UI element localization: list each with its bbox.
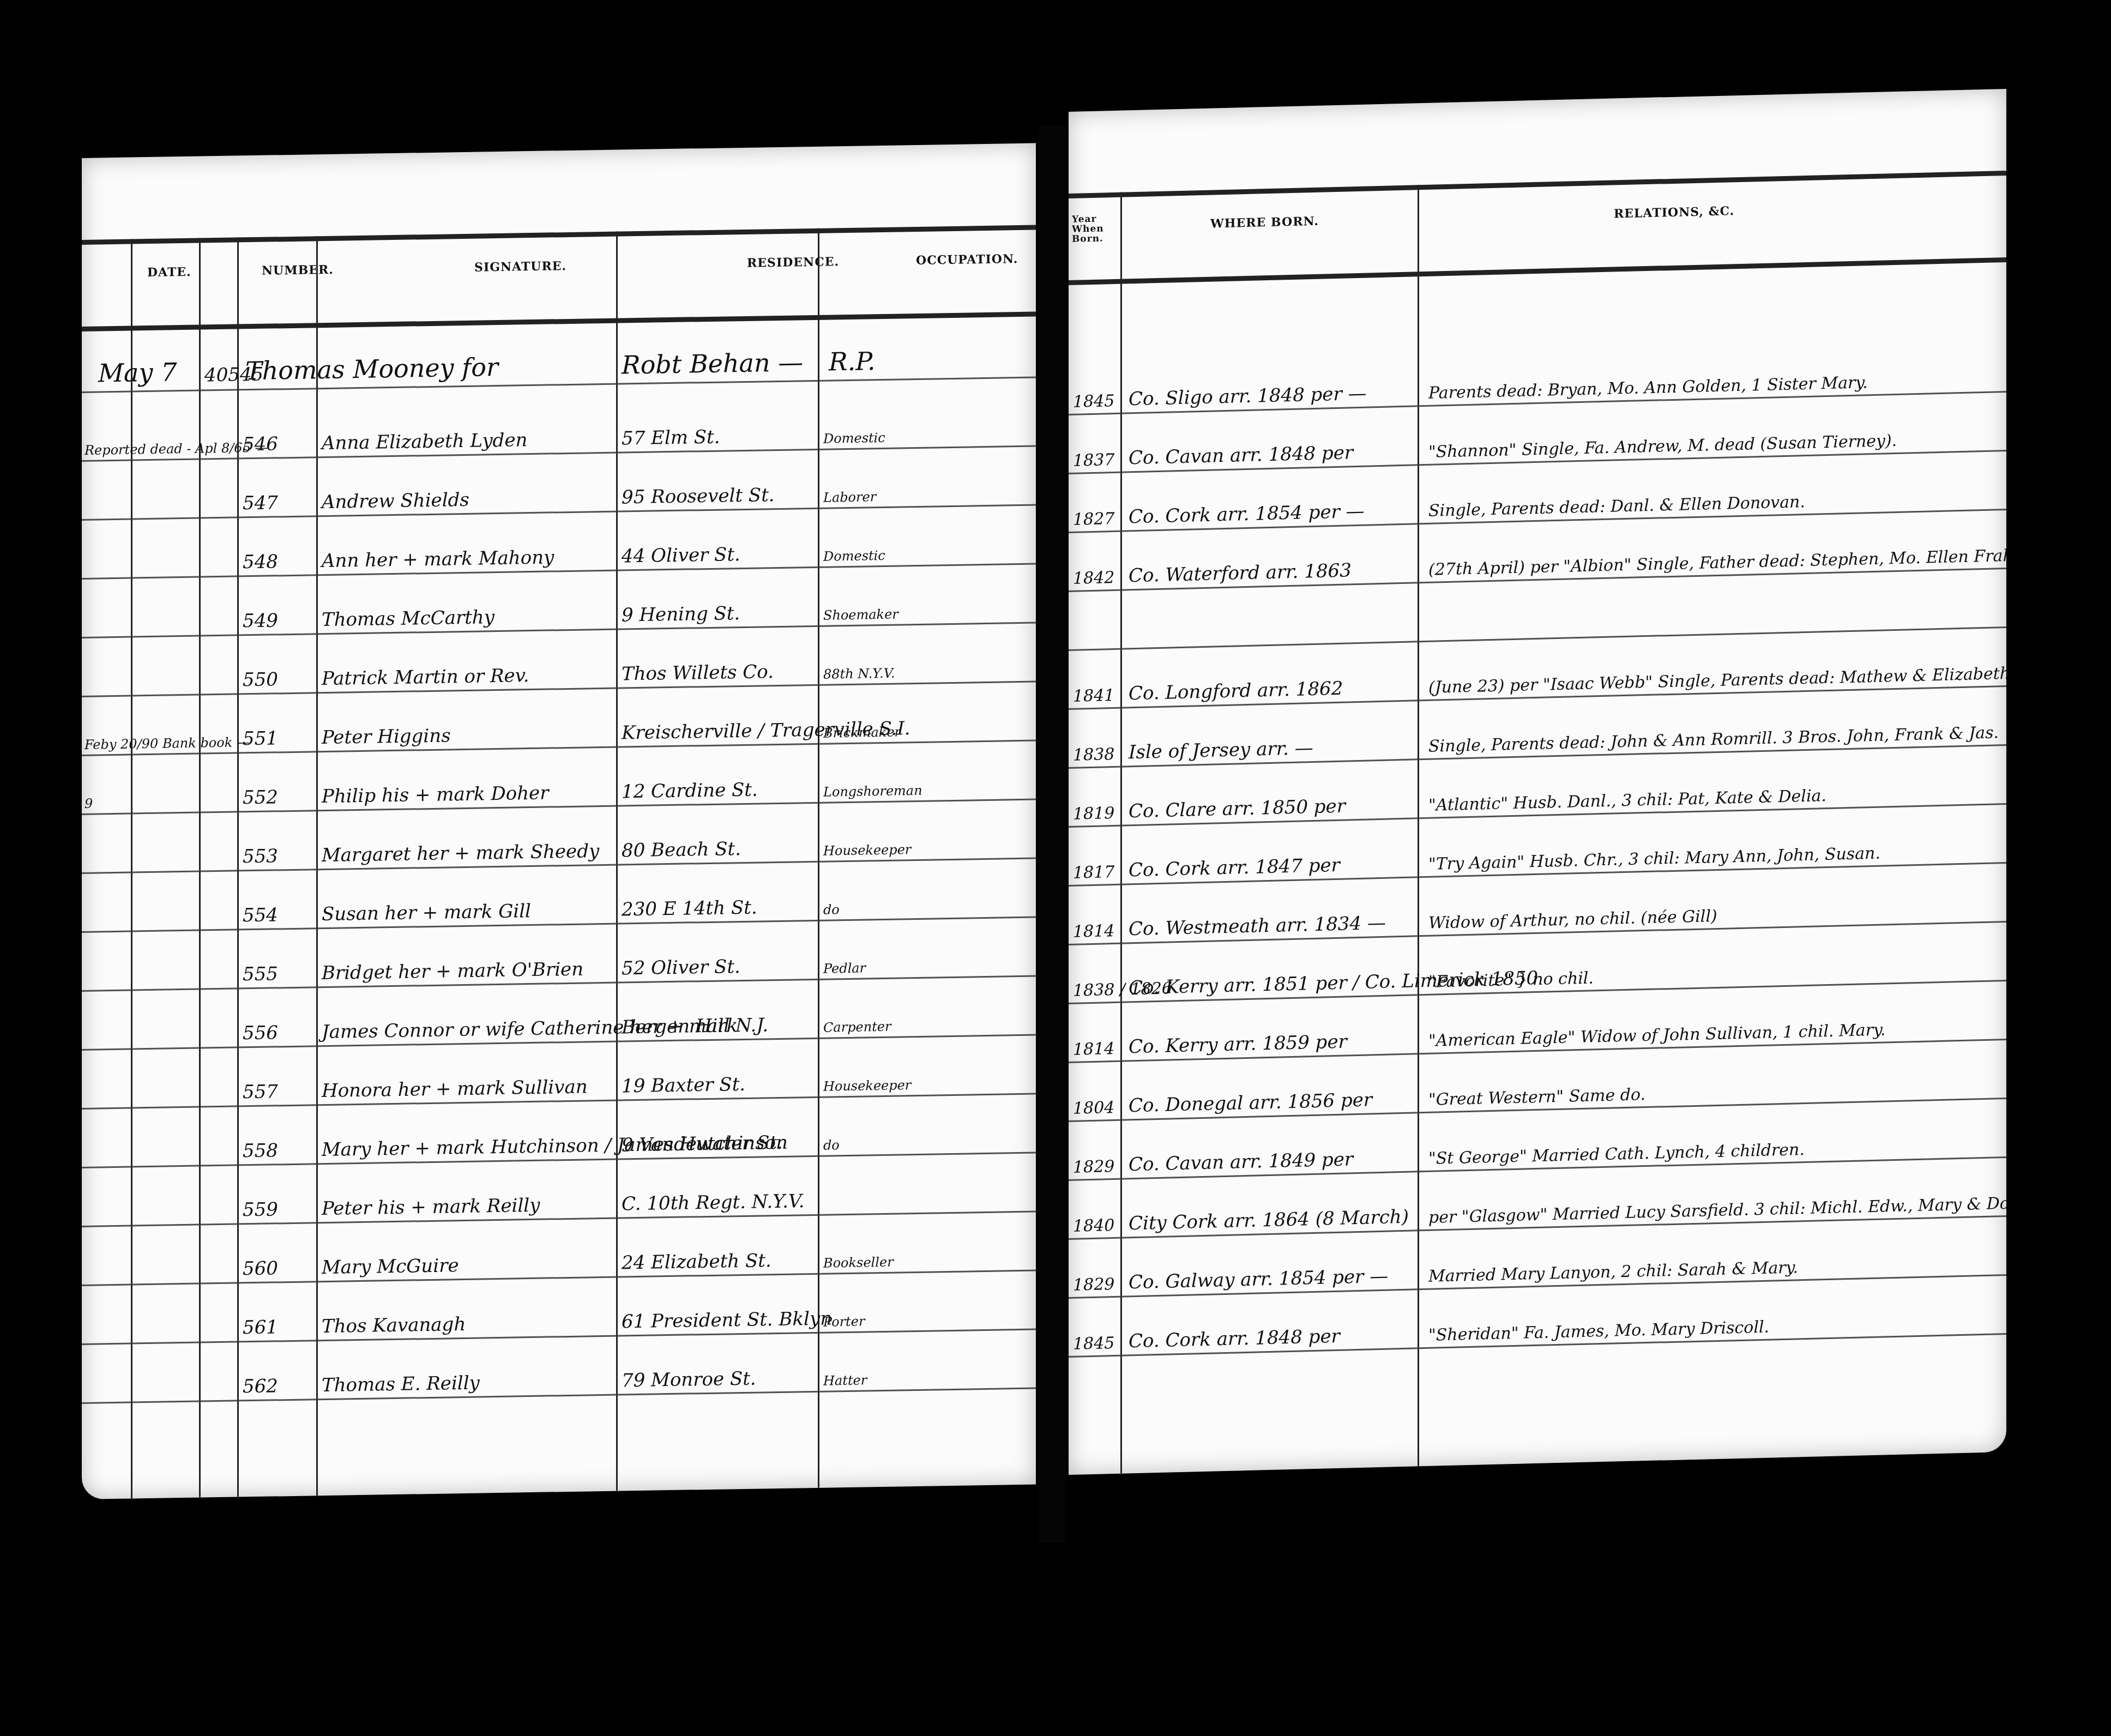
entry-occupation: do: [823, 1137, 840, 1153]
header-signature: SIGNATURE.: [474, 259, 566, 275]
entry-residence: Bergen Hill N.J.: [622, 1014, 768, 1038]
entry-occupation: Laborer: [823, 489, 876, 505]
entry-year-born: 1837: [1073, 450, 1114, 471]
entry-occupation: do: [823, 902, 840, 917]
margin-note: Reported dead - Apl 8/65 —: [85, 440, 268, 458]
entry-year-born: 1827: [1073, 509, 1114, 529]
right-header-band: Year When Born. WHERE BORN. RELATIONS, &…: [1069, 171, 2006, 285]
right-ledger-page: Year When Born. WHERE BORN. RELATIONS, &…: [1069, 89, 2006, 1475]
header-occupation: OCCUPATION.: [916, 252, 1018, 268]
entry-number: 562: [243, 1375, 278, 1397]
entry-year-born: 1845: [1073, 391, 1114, 412]
entry-residence: 9 Vandewater St.: [622, 1132, 783, 1156]
entry-where-born: Co. Longford arr. 1862: [1129, 678, 1343, 705]
entry-occupation: Domestic: [823, 430, 885, 447]
entry-signature: Margaret her + mark Sheedy: [322, 840, 599, 866]
entry-relations: "Great Western" Same do.: [1428, 1085, 1645, 1110]
entry-signature: Peter Higgins: [322, 725, 451, 749]
entry-signature: Thos Kavanagh: [322, 1313, 466, 1337]
entry-occupation: Pedlar: [823, 960, 866, 976]
entry-where-born: Co. Waterford arr. 1863: [1129, 559, 1352, 587]
entry-residence: 9 Hening St.: [622, 602, 740, 626]
entry-residence: 19 Baxter St.: [622, 1074, 745, 1098]
entry-signature: Thomas E. Reilly: [322, 1372, 480, 1397]
entry-signature: Bridget her + mark O'Brien: [322, 959, 583, 985]
left-header-band: DATE. NUMBER. SIGNATURE. RESIDENCE. OCCU…: [82, 225, 1036, 331]
entry-number: 554: [243, 904, 278, 926]
left-ledger-page: DATE. NUMBER. SIGNATURE. RESIDENCE. OCCU…: [82, 143, 1036, 1499]
entry-number: 560: [243, 1257, 278, 1280]
entry-occupation: Domestic: [823, 548, 885, 564]
header-year-born: Year When Born.: [1072, 214, 1110, 244]
entry-where-born: Co. Cork arr. 1854 per —: [1129, 501, 1365, 528]
entry-number: 548: [243, 551, 278, 573]
entry-residence: Thos Willets Co.: [622, 661, 774, 685]
entry-occupation: Housekeeper: [823, 842, 911, 859]
entry-where-born: Co. Sligo arr. 1848 per —: [1129, 383, 1367, 411]
entry-signature: Ann her + mark Mahony: [322, 546, 554, 572]
entry-residence: Robt Behan —: [622, 347, 803, 379]
entry-number: 552: [243, 786, 278, 809]
entry-year-born: 1819: [1073, 804, 1114, 824]
header-where-born: WHERE BORN.: [1210, 214, 1319, 231]
entry-signature: Susan her + mark Gill: [322, 900, 531, 925]
entry-where-born: Co. Donegal arr. 1856 per: [1129, 1089, 1372, 1117]
entry-residence: 12 Cardine St.: [622, 779, 758, 803]
entry-year-born: 1804: [1073, 1098, 1114, 1118]
entry-occupation: Hatter: [823, 1372, 867, 1388]
entry-number: 555: [243, 963, 278, 985]
entry-year-born: 1842: [1073, 568, 1114, 588]
entry-year-born: 1817: [1073, 863, 1114, 883]
entry-occupation: Porter: [823, 1313, 865, 1329]
entry-year-born: 1814: [1073, 1039, 1114, 1059]
header-residence: RESIDENCE.: [747, 255, 839, 270]
entry-residence: 61 President St. Bklyn: [622, 1307, 832, 1333]
entry-number: 558: [243, 1140, 278, 1162]
entry-year-born: 1840: [1073, 1216, 1114, 1236]
entry-where-born: Co. Kerry arr. 1859 per: [1129, 1031, 1347, 1058]
entry-date: May 7: [98, 357, 177, 388]
entry-number: 559: [243, 1198, 278, 1221]
entry-residence: 80 Beach St.: [622, 838, 741, 861]
entry-where-born: Co. Clare arr. 1850 per: [1129, 795, 1346, 823]
left-entries: May 740545Thomas Mooney forRobt Behan —R…: [82, 143, 1036, 158]
entry-occupation: Bookseller: [823, 1255, 894, 1271]
entry-residence: 44 Oliver St.: [622, 544, 740, 567]
margin-note: 9: [85, 796, 93, 811]
entry-number: 556: [243, 1022, 278, 1044]
entry-where-born: Co. Westmeath arr. 1834 —: [1129, 912, 1386, 941]
entry-year-born: 1814: [1073, 921, 1114, 942]
entry-number: 557: [243, 1081, 278, 1103]
entry-year-born: 1829: [1073, 1157, 1114, 1177]
entry-occupation: Longshoreman: [823, 783, 922, 800]
entry-signature: Philip his + mark Doher: [322, 782, 548, 808]
entry-occupation: Shoemaker: [823, 606, 898, 623]
entry-where-born: Co. Cavan arr. 1849 per: [1129, 1148, 1353, 1176]
entry-residence: 230 E 14th St.: [622, 897, 757, 921]
entry-where-born: Co. Cork arr. 1847 per: [1129, 854, 1340, 881]
entry-number: 553: [243, 845, 278, 867]
entry-occupation: Housekeeper: [823, 1077, 911, 1094]
entry-year-born: 1829: [1073, 1275, 1114, 1295]
entry-number: 550: [243, 668, 278, 691]
header-date: DATE.: [147, 265, 191, 280]
entry-relations: "Favorite" } no chil.: [1428, 968, 1594, 991]
entry-where-born: Co. Cavan arr. 1848 per: [1129, 442, 1353, 469]
entry-occupation: R.P.: [829, 346, 876, 376]
entry-occupation: 88th N.Y.V.: [823, 666, 895, 682]
entry-signature: Thomas Mooney for: [245, 352, 498, 385]
entry-residence: C. 10th Regt. N.Y.V.: [622, 1190, 804, 1215]
entry-signature: Patrick Martin or Rev.: [322, 665, 529, 690]
entry-signature: Mary McGuire: [322, 1255, 459, 1279]
entry-residence: 52 Oliver St.: [622, 956, 740, 979]
header-relations: RELATIONS, &c.: [1614, 204, 1734, 221]
entry-year-born: 1845: [1073, 1334, 1114, 1354]
book-gutter: [1039, 125, 1066, 1543]
entry-occupation: Carpenter: [823, 1019, 891, 1035]
entry-number: 547: [243, 492, 278, 514]
entry-where-born: Co. Galway arr. 1854 per —: [1129, 1265, 1388, 1294]
entry-residence: 79 Monroe St.: [622, 1368, 756, 1392]
entry-where-born: Co. Cork arr. 1848 per: [1129, 1325, 1340, 1352]
entry-residence: 57 Elm St.: [622, 426, 720, 450]
entry-number: 561: [243, 1316, 278, 1339]
header-number: NUMBER.: [262, 263, 334, 278]
entry-number: 549: [243, 610, 278, 632]
entry-signature: Anna Elizabeth Lyden: [322, 429, 527, 454]
margin-note: Feby 20/90 Bank book —: [85, 734, 250, 752]
entry-where-born: Isle of Jersey arr. —: [1129, 737, 1313, 763]
entry-year-born: 1841: [1073, 686, 1114, 706]
entry-residence: 95 Roosevelt St.: [622, 484, 775, 508]
entry-signature: Thomas McCarthy: [322, 606, 494, 631]
entry-where-born: City Cork arr. 1864 (8 March): [1129, 1206, 1409, 1235]
entry-signature: Honora her + mark Sullivan: [322, 1076, 588, 1102]
entry-residence: 24 Elizabeth St.: [622, 1250, 771, 1274]
entry-occupation: Brickmaker: [823, 724, 901, 740]
entry-year-born: 1838: [1073, 745, 1114, 765]
entry-signature: Andrew Shields: [322, 489, 469, 513]
right-entries: 1845Co. Sligo arr. 1848 per —Parents dea…: [1069, 89, 2006, 112]
entry-signature: Peter his + mark Reilly: [322, 1195, 540, 1220]
